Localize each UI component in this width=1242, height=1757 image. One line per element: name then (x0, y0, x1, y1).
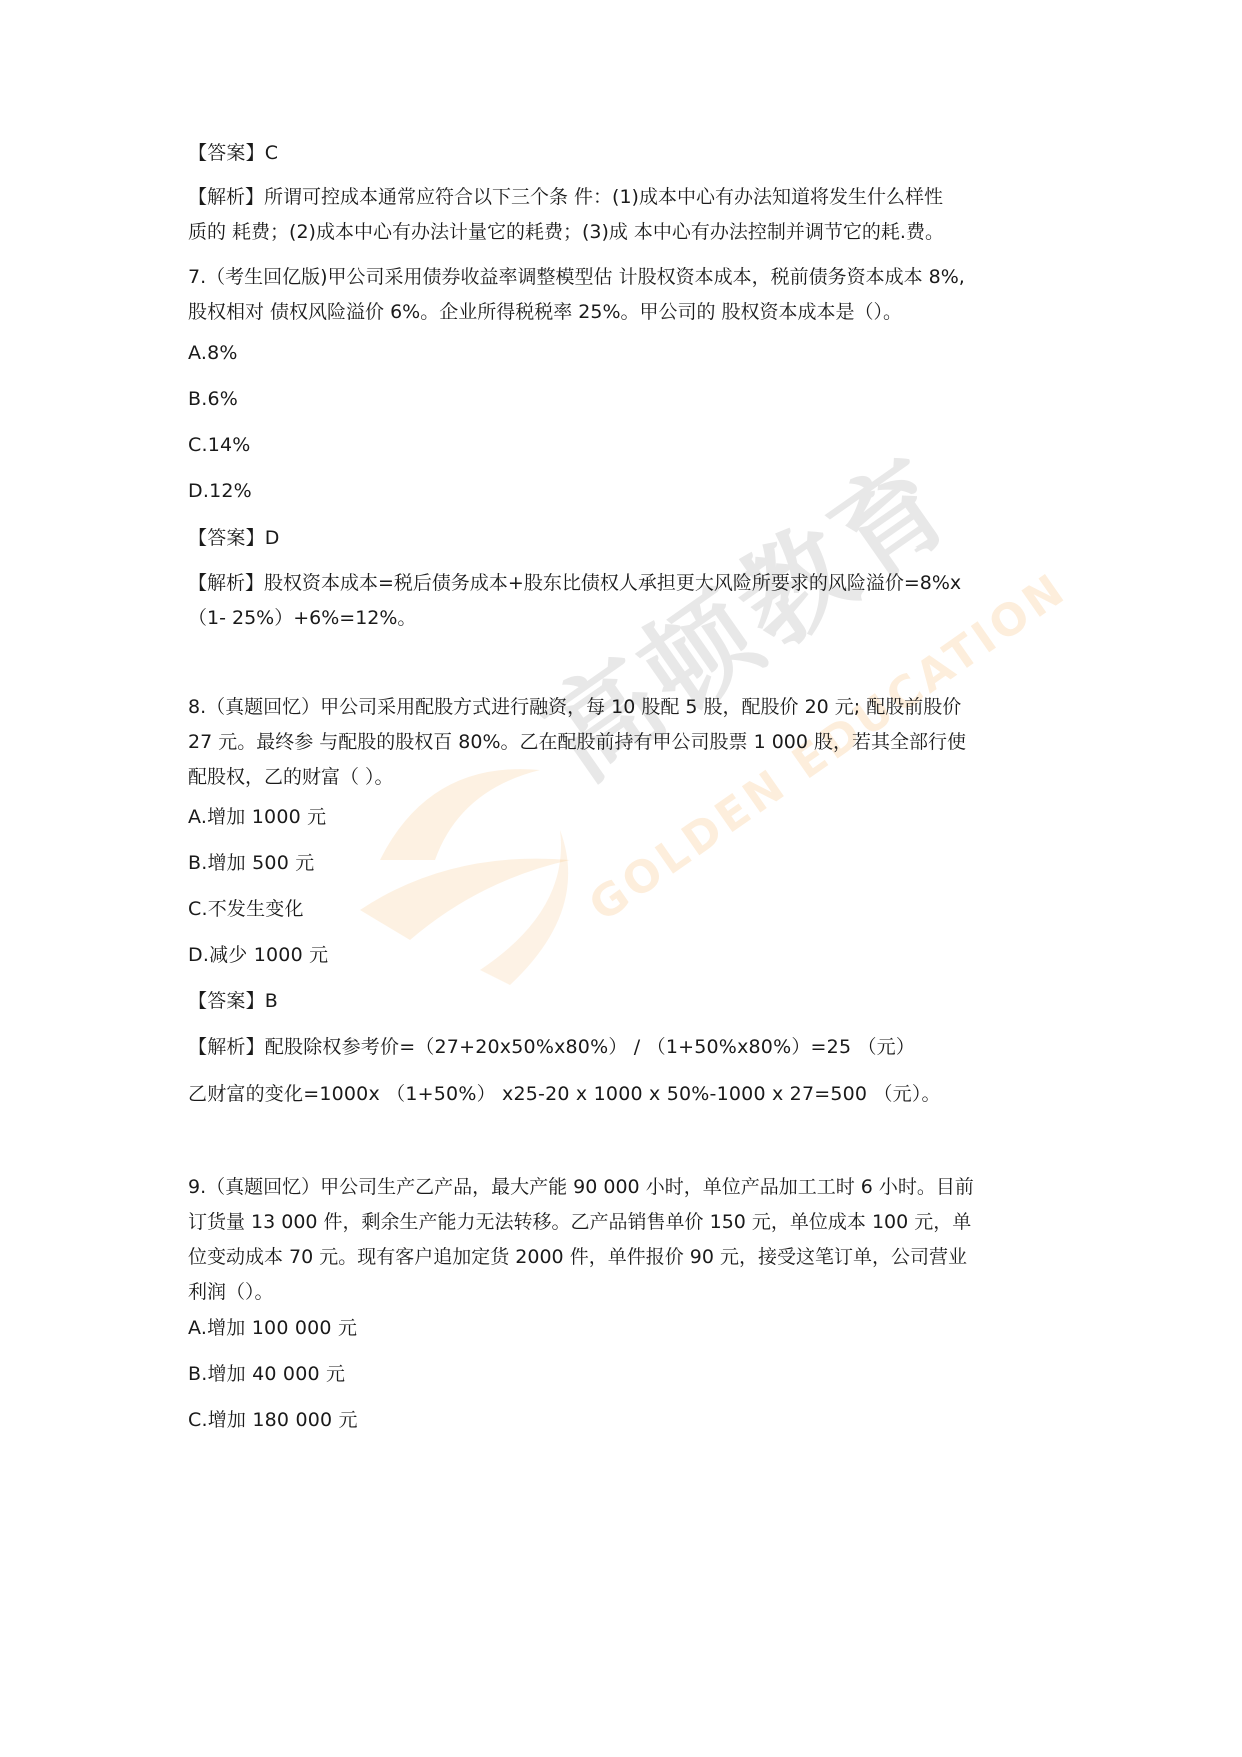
q9-stem-line: 9.（真题回忆）甲公司生产乙产品，最大产能 90 000 小时，单位产品加工工时… (188, 1170, 1068, 1205)
q8-stem-line: 配股权，乙的财富（ ）。 (188, 760, 1068, 795)
q7-stem-line: 股权相对 债权风险溢价 6%。企业所得税税率 25%。甲公司的 股权资本成本是（… (188, 295, 1068, 330)
q7-answer: 【答案】D (188, 525, 280, 551)
q7-analysis-line: 【解析】股权资本成本=税后债务成本+股东比债权人承担更大风险所要求的风险溢价=8… (188, 566, 1068, 601)
q9-stem: 9.（真题回忆）甲公司生产乙产品，最大产能 90 000 小时，单位产品加工工时… (188, 1170, 1068, 1310)
q8-answer: 【答案】B (188, 988, 278, 1014)
q8-stem: 8.（真题回忆）甲公司采用配股方式进行融资，每 10 股配 5 股，配股价 20… (188, 690, 1068, 795)
q7-option-b: B.6% (188, 386, 238, 412)
q6-analysis: 【解析】所谓可控成本通常应符合以下三个条 件：(1)成本中心有办法知道将发生什么… (188, 180, 1068, 250)
q6-answer: 【答案】C (188, 140, 278, 166)
q8-stem-line: 27 元。最终参 与配股的股权百 80%。乙在配股前持有甲公司股票 1 000 … (188, 725, 1068, 760)
q8-stem-line: 8.（真题回忆）甲公司采用配股方式进行融资，每 10 股配 5 股，配股价 20… (188, 690, 1068, 725)
q8-analysis-line: 乙财富的变化=1000x （1+50%） x25-20 x 1000 x 50%… (188, 1081, 941, 1107)
q8-option-d: D.减少 1000 元 (188, 942, 328, 968)
q9-option-b: B.增加 40 000 元 (188, 1361, 345, 1387)
q6-analysis-line: 【解析】所谓可控成本通常应符合以下三个条 件：(1)成本中心有办法知道将发生什么… (188, 180, 1068, 215)
q7-option-a: A.8% (188, 340, 238, 366)
q9-option-a: A.增加 100 000 元 (188, 1315, 357, 1341)
q7-analysis: 【解析】股权资本成本=税后债务成本+股东比债权人承担更大风险所要求的风险溢价=8… (188, 566, 1068, 636)
q9-option-c: C.增加 180 000 元 (188, 1407, 358, 1433)
q7-stem-line: 7.（考生回亿版)甲公司采用债券收益率调整模型估 计股权资本成本，税前债务资本成… (188, 260, 1068, 295)
q8-option-b: B.增加 500 元 (188, 850, 314, 876)
q8-option-c: C.不发生变化 (188, 896, 304, 922)
q6-analysis-line: 质的 耗费；(2)成本中心有办法计量它的耗费；(3)成 本中心有办法控制并调节它… (188, 215, 1068, 250)
q9-stem-line: 订货量 13 000 件，剩余生产能力无法转移。乙产品销售单价 150 元，单位… (188, 1205, 1068, 1240)
q7-analysis-line: （1- 25%）+6%=12%。 (188, 601, 1068, 636)
q8-option-a: A.增加 1000 元 (188, 804, 326, 830)
q7-option-c: C.14% (188, 432, 251, 458)
q7-stem: 7.（考生回亿版)甲公司采用债券收益率调整模型估 计股权资本成本，税前债务资本成… (188, 260, 1068, 330)
q9-stem-line: 利润（）。 (188, 1275, 1068, 1310)
q9-stem-line: 位变动成本 70 元。现有客户追加定货 2000 件，单件报价 90 元，接受这… (188, 1240, 1068, 1275)
q8-analysis-line: 【解析】配股除权参考价=（27+20x50%x80%） / （1+50%x80%… (188, 1034, 915, 1060)
document-page: 高顿教育 GOLDEN EDUCATION 【答案】C 【解析】所谓可控成本通常… (0, 0, 1242, 1757)
q7-option-d: D.12% (188, 478, 252, 504)
